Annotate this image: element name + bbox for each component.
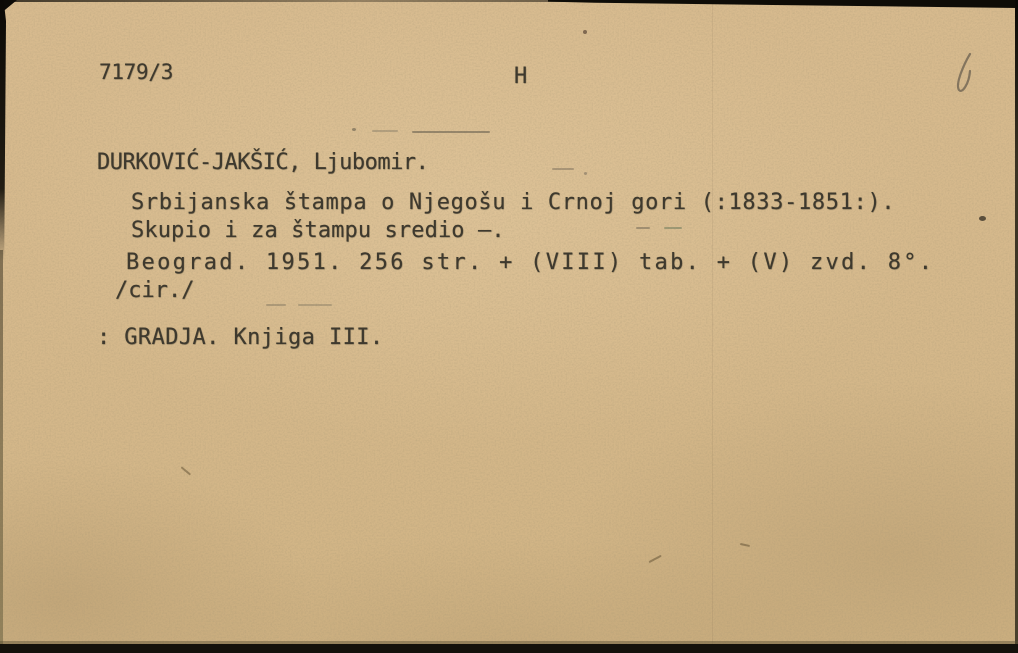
imprint-line: Beograd. 1951. 256 str. + (VIII) tab. + … xyxy=(126,251,934,275)
scan-edge-left xyxy=(0,0,6,262)
faint-dash-artifact xyxy=(266,304,286,306)
paper-crease xyxy=(712,0,713,653)
script-note: /cir./ xyxy=(115,279,194,303)
author-heading: DURKOVIĆ-JAKŠIĆ, Ljubomir. xyxy=(97,151,428,175)
faint-dash-artifact xyxy=(412,131,490,133)
library-catalog-card-scan: 7179/3 H DURKOVIĆ-JAKŠIĆ, Ljubomir. Srbi… xyxy=(0,0,1018,653)
heading-letter: H xyxy=(514,65,527,89)
series-note: : GRADJA. Knjiga III. xyxy=(97,326,384,350)
scan-edge-top-right xyxy=(548,0,1018,8)
call-number: 7179/3 xyxy=(99,61,173,84)
ink-speck xyxy=(979,216,986,221)
paper-fiber xyxy=(648,555,661,563)
scan-edge-bottom xyxy=(0,644,1018,653)
paper-fiber xyxy=(740,543,750,547)
scan-edge-bottom-soft xyxy=(0,641,1018,644)
title-line: Srbijanska štampa o Njegošu i Crnoj gori… xyxy=(131,191,895,215)
faint-dash-artifact xyxy=(552,168,574,170)
ink-speck xyxy=(583,30,587,34)
faint-dot-artifact xyxy=(352,128,356,131)
faint-dash-artifact xyxy=(372,130,398,132)
scan-edge-left-lower xyxy=(0,250,3,644)
faint-dash-artifact xyxy=(636,227,650,229)
handwritten-checkmark-icon xyxy=(944,50,978,96)
faint-dot-artifact xyxy=(584,172,587,175)
paper-fiber xyxy=(181,466,191,475)
scan-edge-top xyxy=(0,0,1018,2)
faint-dash-artifact xyxy=(298,304,332,306)
subtitle-line: Skupio i za štampu sredio —. xyxy=(131,219,505,243)
faint-dash-artifact xyxy=(664,227,682,229)
scan-corner-top-left xyxy=(0,0,17,14)
